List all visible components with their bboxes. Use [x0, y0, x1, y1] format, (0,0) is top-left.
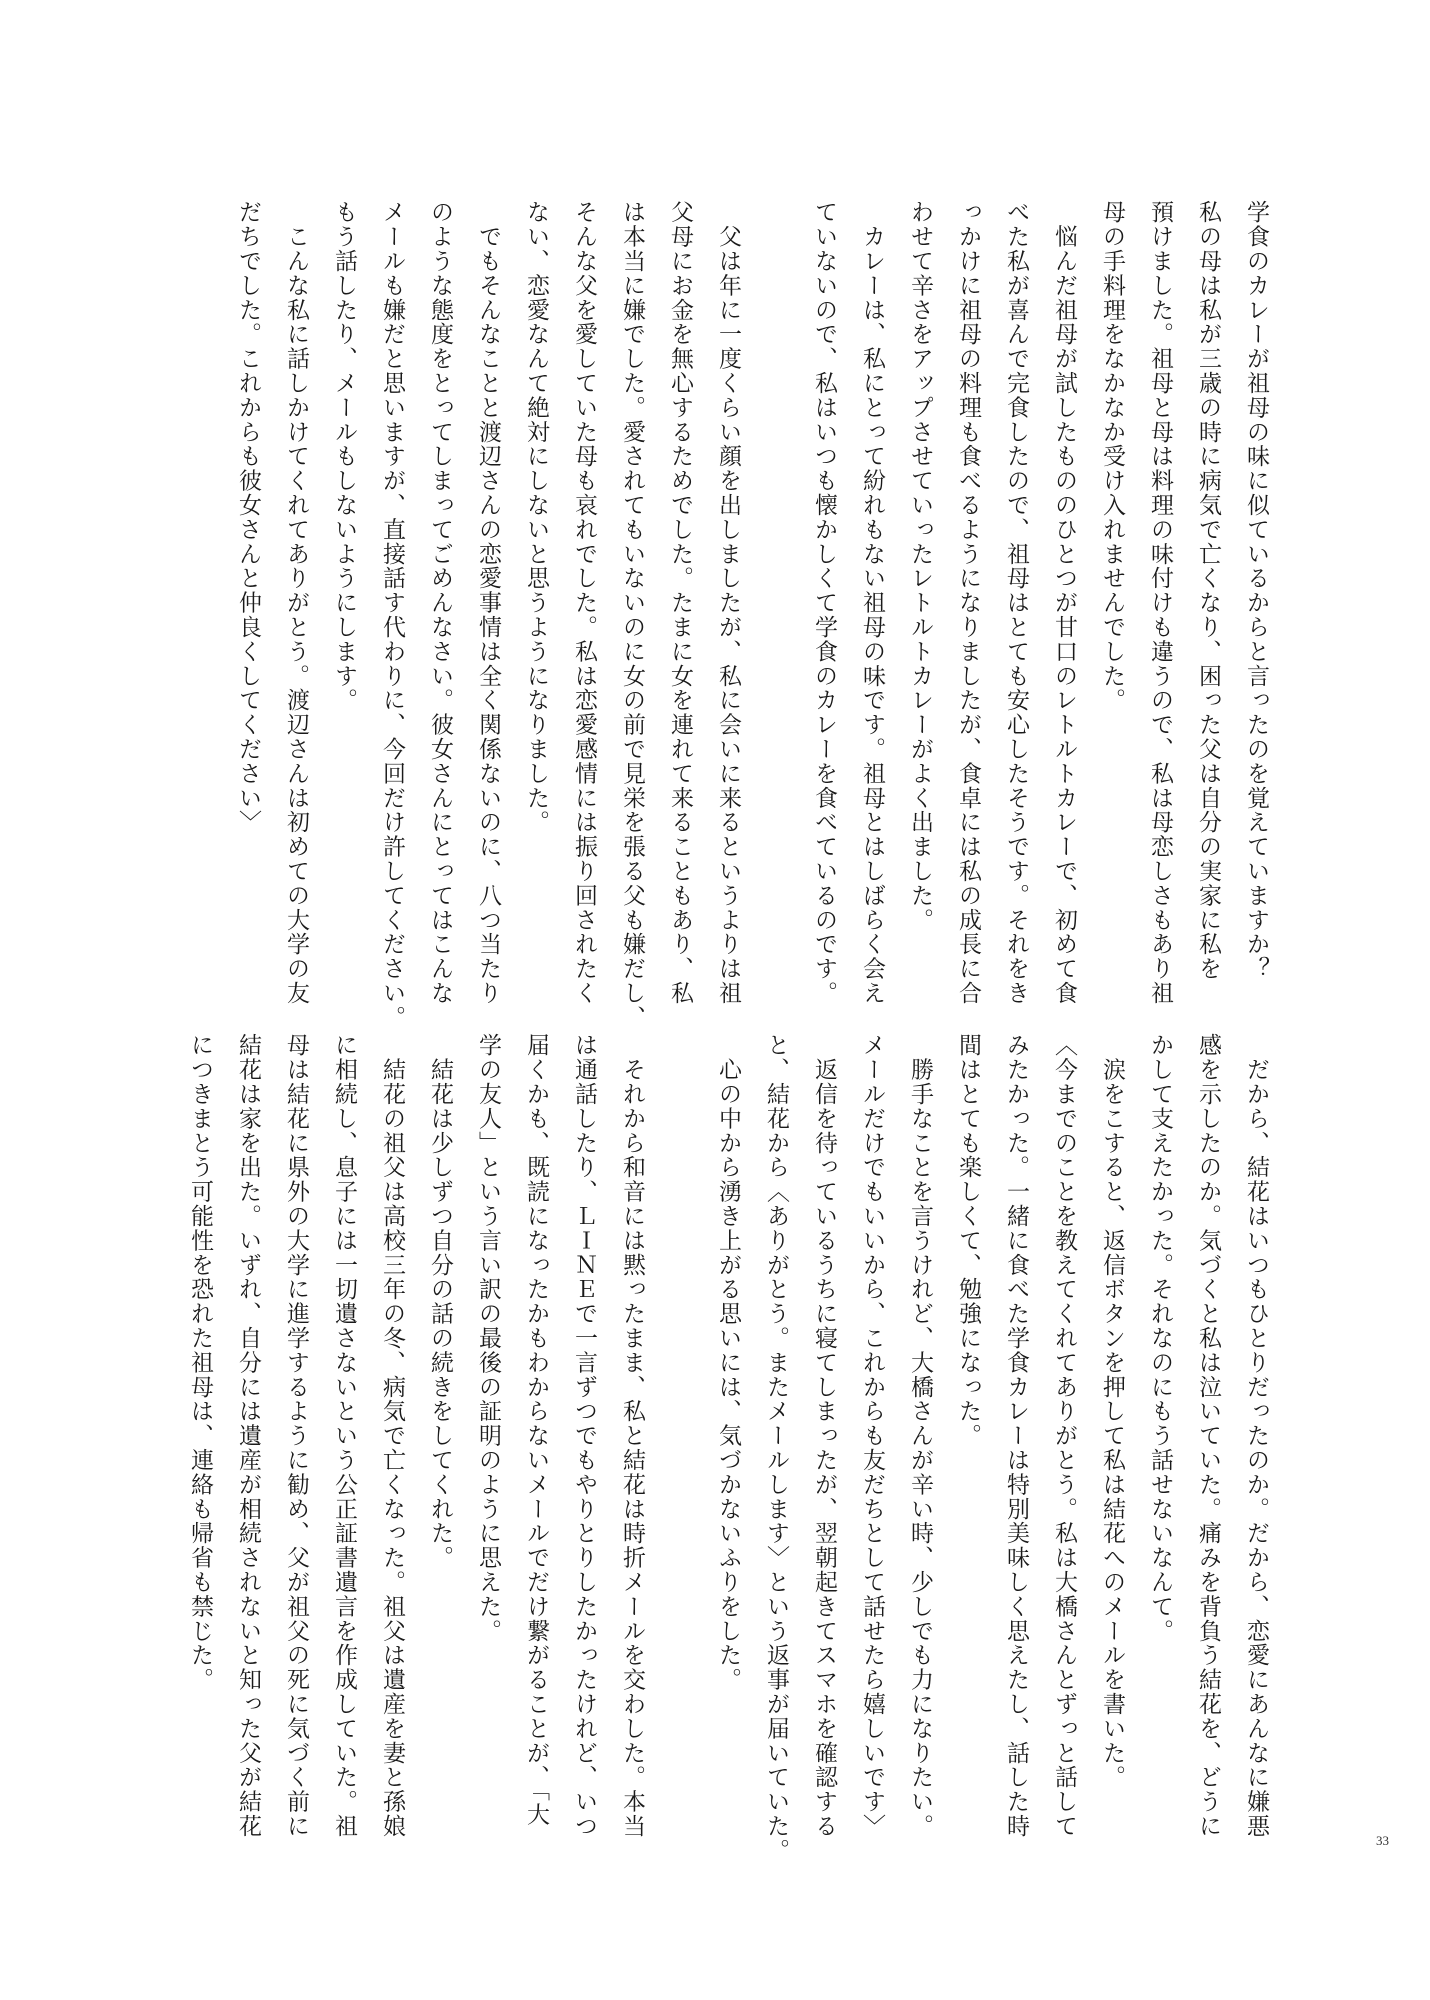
text-column: に相続し、息子には一切遺さないという公正証書遺言を作成していた。祖: [326, 1033, 356, 1838]
text-column: 返信を待っているうちに寝てしまったが、翌朝起きてスマホを確認する: [806, 1033, 836, 1838]
text-column: 心の中から湧き上がる思いには、気づかないふりをした。: [710, 1033, 740, 1692]
page-number: 33: [1376, 1833, 1389, 1849]
text-column: につきまとう可能性を恐れた祖母は、連絡も帰省も禁じた。: [182, 1033, 212, 1692]
text-column: と、結花から〈ありがとう。またメールします〉という返事が届いていた。: [758, 1033, 788, 1863]
text-column: メールだけでもいいから、これからも友だちとして話せたら嬉しいです〉: [854, 1033, 884, 1838]
book-page: 学食のカレーが祖母の味に似ているからと言ったのを覚えていますか？ 私の母は私が三…: [0, 0, 1430, 2000]
text-column: 間はとても楽しくて、勉強になった。: [950, 1033, 980, 1448]
text-column: 結花は少しずつ自分の話の続きをしてくれた。: [422, 1033, 452, 1570]
text-column: 勝手なことを言うけれど、大橋さんが辛い時、少しでも力になりたい。: [902, 1033, 932, 1838]
text-column: 感を示したのか。気づくと私は泣いていた。痛みを背負う結花を、どうに: [1190, 1033, 1220, 1838]
text-column: 結花の祖父は高校三年の冬、病気で亡くなった。祖父は遺産を妻と孫娘: [374, 1033, 404, 1838]
text-column: みたかった。一緒に食べた学食カレーは特別美味しく思えたし、話した時: [998, 1033, 1028, 1838]
text-column: かして支えたかった。それなのにもう話せないなんて。: [1142, 1033, 1172, 1643]
text-column: 学の友人」という言い訳の最後の証明のように思えた。: [470, 1033, 500, 1643]
text-column: 届くかも、既読になったかもわからないメールでだけ繋がることが、「大: [518, 1033, 548, 1827]
lower-text-block: だから、結花はいつもひとりだったのか。だから、恋愛にあんなに嫌悪 感を示したのか…: [0, 0, 1430, 2000]
text-column: それから和音には黙ったまま、私と結花は時折メールを交わした。本当: [614, 1033, 644, 1838]
text-column: 母は結花に県外の大学に進学するように勧め、父が祖父の死に気づく前に: [278, 1033, 308, 1838]
text-column: 涙をこすると、返信ボタンを押して私は結花へのメールを書いた。: [1094, 1033, 1124, 1789]
text-column: 〈今までのことを教えてくれてありがとう。私は大橋さんとずっと話して: [1046, 1033, 1076, 1838]
text-column: 結花は家を出た。いずれ、自分には遺産が相続されないと知った父が結花: [230, 1033, 260, 1838]
text-column: だから、結花はいつもひとりだったのか。だから、恋愛にあんなに嫌悪: [1238, 1033, 1268, 1838]
text-column: は通話したり、ＬＩＮＥで一言ずつでもやりとりしたかったけれど、いつ: [566, 1033, 596, 1838]
